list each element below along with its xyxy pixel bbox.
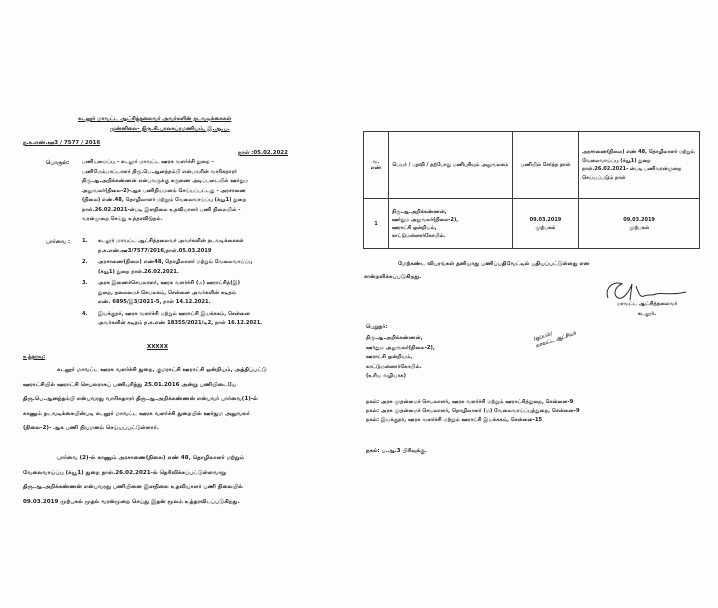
signatory-line: கடலூர். [612, 310, 682, 320]
reference-item: 2.அரசாணை(நிலை) எண்48, தொழிலாளர் மற்றும் … [82, 258, 292, 277]
cell-joined: 09.03.2019முற்பகல் [512, 199, 578, 249]
references-label: பார்வை : [46, 237, 70, 247]
reference-text: அரசாணை(நிலை) எண்48, தொழிலாளர் மற்றும் வே… [98, 258, 252, 277]
date-line: 09.03.2019 [582, 216, 696, 224]
reference-number: 2. [82, 258, 98, 277]
reference-item: 3.அரசு இணைச்செயலாளர், ஊரக வளர்ச்சி (ம) ஊ… [82, 279, 292, 308]
regularization-table: வ. எண் பெயர் / பதவி / தற்போது பணிபுரியும… [363, 131, 700, 249]
header-serial: வ. எண் [364, 132, 389, 199]
recipient-line: திரு.ஆ.அறிக்கண்ணன், [366, 334, 435, 344]
recipient-line: ஊராட்சி ஒன்றியம், [366, 353, 435, 363]
date-line: 09.03.2019 [516, 216, 575, 224]
subject-line: (நிலை) எண்.48, தொழிலாளர் மற்றும் வேலைவாய… [82, 196, 282, 206]
reference-text: அரசு இணைச்செயலாளர், ஊரக வளர்ச்சி (ம) ஊரா… [98, 279, 240, 308]
order-date: நாள் :05.02.2022 [238, 148, 288, 158]
header-joined: பணியில் சேர்ந்த நாள் [512, 132, 578, 199]
name-line: ஊராட்சி ஒன்றியம், [392, 224, 509, 232]
separator: XXXXX [147, 342, 168, 352]
heading-line2: முன்னிலை- திரு.கி.பாலசுப்ரமணியம், இ.ஆ.ப. [110, 124, 230, 134]
cell-serial: 1 [364, 199, 389, 249]
signatory-block: மாவட்ட ஆட்சித்தலைவர்கடலூர். [612, 300, 682, 319]
table-header-row: வ. எண் பெயர் / பதவி / தற்போது பணிபுரியும… [364, 132, 700, 199]
reference-item: 4.இயக்குநர், ஊரக வளர்ச்சி மற்றும் ஊராட்ச… [82, 310, 292, 329]
copy-line: நகல்: அரசு முதன்மைச் செயலாளர், ஊரக வளர்ச… [366, 398, 580, 407]
note-line: மேற்கண்ட விபரங்கள் தனியாது பணிப்பதிவேட்ட… [364, 258, 700, 271]
reference-item: 1.கடலூர் மாவட்ட ஆட்சித்தலைவர் அவர்களின் … [82, 237, 292, 256]
recipient-line: காட்டுமன்னார்கோயில். [366, 363, 435, 373]
name-line: திரு.ஆ.அறிக்கண்ணன், [392, 208, 509, 216]
table-row: 1 திரு.ஆ.அறிக்கண்ணன்,ஊர்தும அலுவலர்(நிலை… [364, 199, 700, 249]
header-regularized: அரசாணை(நிலை) எண் 48, தொழிலாளர் மற்றும் வ… [579, 132, 700, 199]
recipient-line: ஊர்தும அலுவலர்(நிலை-2), [366, 344, 435, 354]
subject-line: திரு.ஆ.அறிக்கண்ணன் என்பவருக்கு கருணை அடி… [82, 177, 282, 187]
paragraph-line: ஊராட்சியில் ஊராட்சி செயலராகப் பணிபுரிந்த… [23, 378, 293, 393]
date-line: முற்பகல் [516, 224, 575, 232]
order-paragraph-1: கடலூர் மாவட்ட ஊரக வளர்ச்சி துறை, குமராட்… [23, 363, 293, 436]
subject-line: வரன்முறை செய்து உத்தரவிடுதல். [82, 215, 282, 225]
subject-line: பணிமேம்பாட்டாளர் திரு.பெ.ஆனந்தம்பி என்பவ… [82, 168, 282, 178]
paragraph-line: பார்வை (2)-ல் காணும் அரசாணை(நிலை) எண் 48… [23, 451, 293, 466]
subject-line: நாள்.26.02.2021-ன்படி இளநிலை உதவியாளர் ப… [82, 206, 282, 216]
left-page: கடலூர் மாவட்ட ஆட்சித்தலைவர் அவர்களின் நட… [0, 0, 362, 608]
paragraph-line: கடலூர் மாவட்ட ஊரக வளர்ச்சி துறை, குமராட்… [23, 363, 293, 378]
name-line: காட்டுமன்னார்கோயில். [392, 232, 509, 240]
copy-last: நகல்: ப.ஆ.3 பிரிவுக்கு. [366, 446, 427, 456]
paragraph-line: காணும் நடவடிக்கையின்படி கடலூர் மாவட்ட ஊர… [23, 407, 293, 422]
paragraph-line: திரு.பெ.ஆனந்தம்பி என்பவரது வாரிசுதாரர் த… [23, 392, 293, 407]
recipient-line: (உரிய வழியாக) [366, 372, 435, 382]
cell-regularized: 09.03.2019முற்பகல் [579, 199, 700, 249]
subject-label: பொருள்: [46, 158, 69, 168]
header-name: பெயர் / பதவி / தற்போது பணிபுரியும் அலுவல… [388, 132, 512, 199]
subject-line: அலுவலர்(நிலை-2)-ஆக பணிநியமனம் செய்யப்பட்… [82, 187, 282, 197]
reference-text: இயக்குநர், ஊரக வளர்ச்சி மற்றும் ஊராட்சி … [98, 310, 262, 329]
date-line: முற்பகல் [582, 224, 696, 232]
subject-line: பணியமைப்பு – கடலூர் மாவட்ட ஊரக வளர்ச்சி … [82, 158, 282, 168]
name-line: ஊர்தும அலுவலர்(நிலை-2), [392, 216, 509, 224]
signatory-line: மாவட்ட ஆட்சித்தலைவர் [612, 300, 682, 310]
copy-line: நகல்: இயக்குநர், ஊரக வளர்ச்சி மற்றும் ஊர… [366, 416, 580, 425]
cell-name: திரு.ஆ.அறிக்கண்ணன்,ஊர்தும அலுவலர்(நிலை-2… [388, 199, 512, 249]
order-paragraph-2: பார்வை (2)-ல் காணும் அரசாணை(நிலை) எண் 48… [23, 451, 293, 509]
recipient-label: பெறுநர்: [366, 322, 387, 332]
references-list: 1.கடலூர் மாவட்ட ஆட்சித்தலைவர் அவர்களின் … [82, 237, 292, 331]
order-label: உத்தரவு: [23, 352, 45, 362]
paragraph-line: (நிலை-2)- ஆக பணி நியமனம் செய்யப்பட்டுள்ள… [23, 421, 293, 436]
paragraph-line: திரு.ஆ.அறிக்கண்ணன் என்பவரது பணியினை இளநி… [23, 480, 293, 495]
paragraph-line: 09.03.2019 முற்பகல் முதல் வரன்முறை செய்த… [23, 495, 293, 510]
copy-list: நகல்: அரசு முதன்மைச் செயலாளர், ஊரக வளர்ச… [366, 398, 580, 425]
subject-text: பணியமைப்பு – கடலூர் மாவட்ட ஊரக வளர்ச்சி … [82, 158, 282, 225]
reference-text: கடலூர் மாவட்ட ஆட்சித்தலைவர் அவர்களின் நட… [98, 237, 244, 256]
reference-number: 1. [82, 237, 98, 256]
paragraph-line: வேலைவாய்ப்பு (க்யூ1) துறை நாள்.26.02.202… [23, 466, 293, 481]
recipient-address: திரு.ஆ.அறிக்கண்ணன்,ஊர்தும அலுவலர்(நிலை-2… [366, 334, 435, 382]
copy-line: நகல்: அரசு முதன்மைச் செயலாளர், தொழிலாளர்… [366, 407, 580, 416]
reference-number: 4. [82, 310, 98, 329]
heading-line1: கடலூர் மாவட்ட ஆட்சித்தலைவர் அவர்களின் நட… [78, 114, 231, 124]
reference-number: ந.க.எண்.ஊ3 / 7577 / 2016 [23, 138, 100, 148]
reference-number: 3. [82, 279, 98, 308]
